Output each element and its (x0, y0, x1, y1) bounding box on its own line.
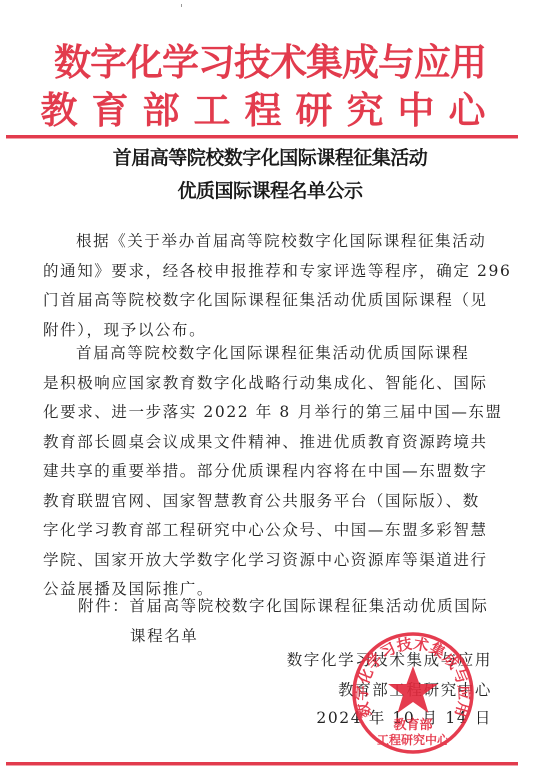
scan-speck (181, 4, 182, 7)
letterhead-org-name-line2: 教育部工程研究中心 (10, 88, 530, 132)
paragraph-line: 建共享的重要举措。部分优质课程内容将在中国—东盟数字 (43, 457, 492, 487)
attachment-note: 附件：首届高等院校数字化国际课程征集活动优质国际 课程名单 (78, 592, 488, 651)
signature-date: 2024 年 10 月 14 日 (232, 706, 492, 728)
document-title-line1: 首届高等院校数字化国际课程征集活动 (0, 143, 540, 170)
paragraph-line: 化要求、进一步落实 2022 年 8 月举行的第三届中国—东盟 (43, 398, 492, 428)
paragraph-line: 是积极响应国家教育数字化战略行动集成化、智能化、国际 (43, 369, 492, 399)
signature-org-line1: 数字化学习技术集成与应用 (232, 648, 492, 670)
stamp-inner-bottom-text: 工程研究中心 (377, 732, 450, 747)
paragraph-line: 字化学习教育部工程研究中心公众号、中国—东盟多彩智慧 (43, 516, 492, 546)
attachment-label: 附件： (78, 597, 129, 615)
paragraph-line: 首届高等院校数字化国际课程征集活动优质国际课程 (43, 339, 492, 369)
paragraph-line: 的通知》要求，经各校申报推荐和专家评选等程序，确定 296 (43, 257, 492, 287)
paragraph-line: 教育联盟官网、国家智慧教育公共服务平台（国际版）、数 (43, 487, 492, 517)
paragraph-line: 门首届高等院校数字化国际课程征集活动优质国际课程（见 (43, 286, 492, 316)
letterhead-org-name-line1: 数字化学习技术集成与应用 (10, 40, 530, 84)
attachment-title-line1: 首届高等院校数字化国际课程征集活动优质国际 (129, 597, 488, 615)
paragraph-announcement: 根据《关于举办首届高等院校数字化国际课程征集活动 的通知》要求，经各校申报推荐和… (43, 227, 492, 345)
signature-org-line2: 教育部工程研究中心 (232, 678, 492, 700)
paragraph-line: 教育部长圆桌会议成果文件精神、推进优质教育资源跨境共 (43, 428, 492, 458)
letterhead-divider-top (6, 135, 518, 139)
paragraph-significance: 首届高等院校数字化国际课程征集活动优质国际课程 是积极响应国家教育数字化战略行动… (43, 339, 492, 605)
paragraph-line: 学院、国家开放大学数字化学习资源中心资源库等渠道进行 (43, 546, 492, 576)
paragraph-line: 根据《关于举办首届高等院校数字化国际课程征集活动 (43, 227, 492, 257)
document-title-line2: 优质国际课程名单公示 (0, 176, 540, 203)
footer-divider (6, 762, 518, 766)
attachment-title-line2: 课程名单 (78, 622, 488, 652)
document-page: 数字化学习技术集成与应用 教育部工程研究中心 首届高等院校数字化国际课程征集活动… (0, 0, 540, 771)
